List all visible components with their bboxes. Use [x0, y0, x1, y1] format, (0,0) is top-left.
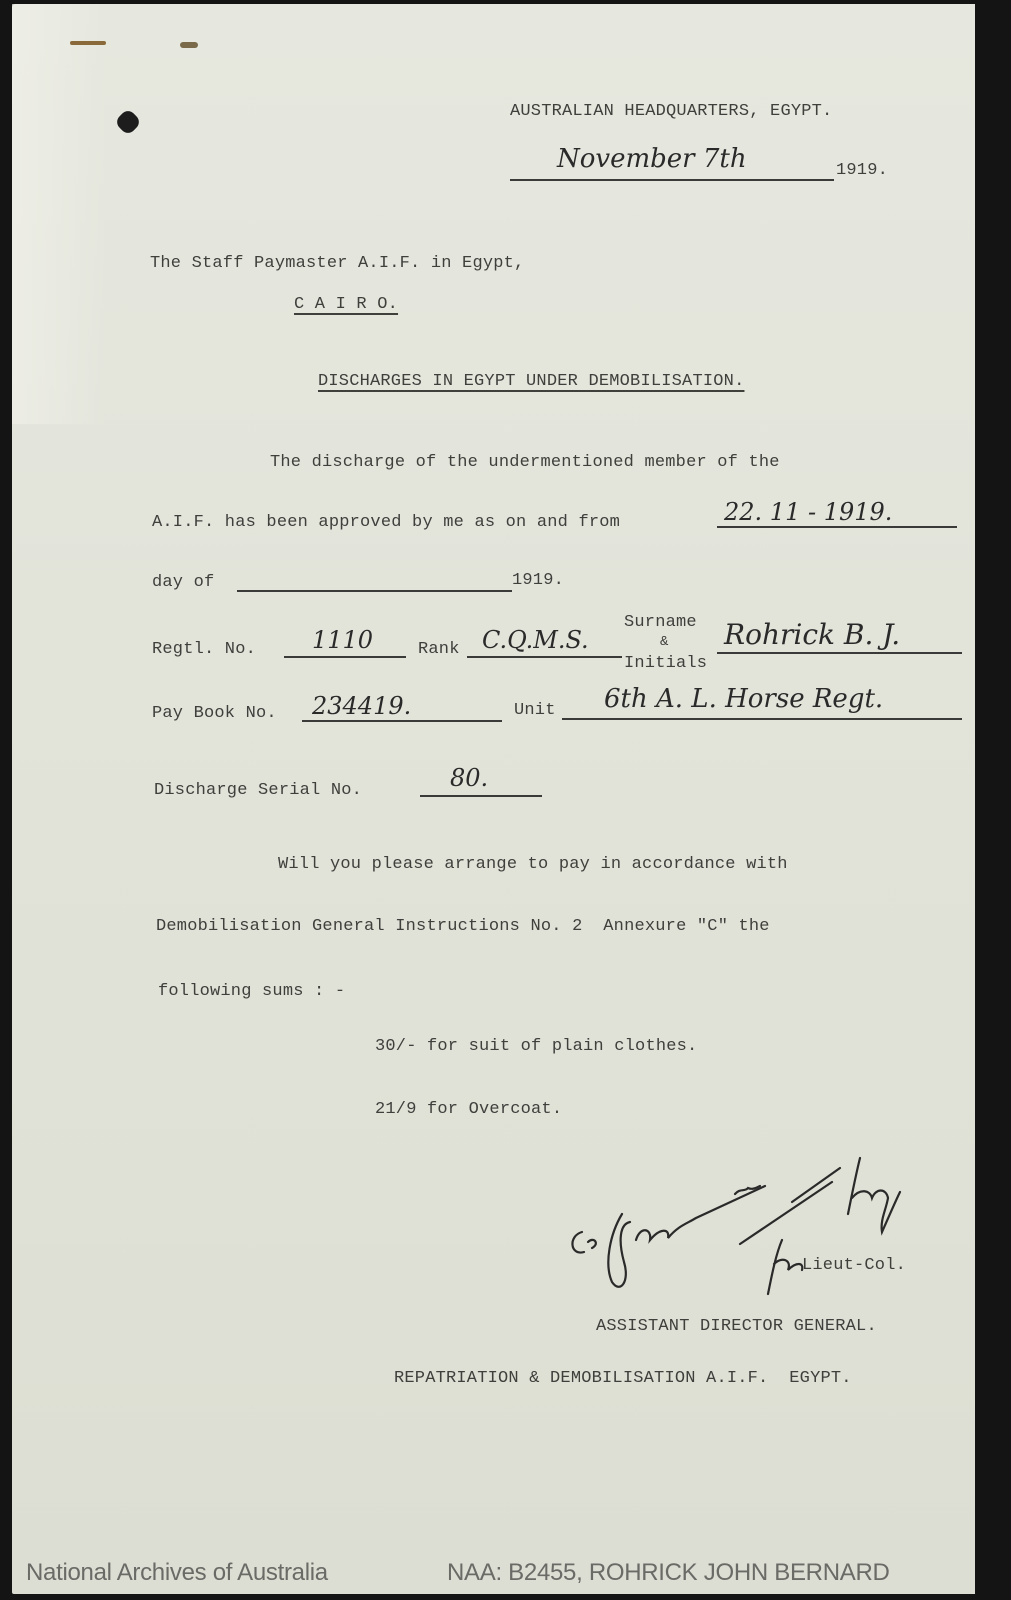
signature-scribble	[560, 1144, 920, 1314]
day-of-year: 1919.	[512, 571, 564, 590]
handwritten-date: November 7th	[557, 144, 747, 174]
payment-line-2: Demobilisation General Instructions No. …	[156, 917, 770, 936]
body-line-2: A.I.F. has been approved by me as on and…	[152, 513, 620, 532]
addressee-city: C A I R O.	[294, 295, 398, 314]
surname-label-line-3: Initials	[624, 654, 707, 673]
payment-item-clothes: 30/- for suit of plain clothes.	[375, 1037, 697, 1056]
regtl-no-value: 1110	[312, 626, 373, 654]
rank-underline	[467, 656, 622, 658]
date-underline	[510, 179, 834, 181]
unit-value: 6th A. L. Horse Regt.	[604, 684, 883, 714]
pay-book-label: Pay Book No.	[152, 704, 277, 723]
signatory-title: ASSISTANT DIRECTOR GENERAL.	[596, 1317, 877, 1336]
subject-heading: DISCHARGES IN EGYPT UNDER DEMOBILISATION…	[318, 372, 744, 391]
pay-book-value: 234419.	[312, 692, 411, 720]
serial-label: Discharge Serial No.	[154, 781, 362, 800]
signatory-department: REPATRIATION & DEMOBILISATION A.I.F. EGY…	[394, 1369, 852, 1388]
unit-label: Unit	[514, 701, 556, 720]
document-page: AUSTRALIAN HEADQUARTERS, EGYPT. November…	[12, 4, 975, 1594]
staple-mark	[180, 42, 198, 48]
payment-line-1: Will you please arrange to pay in accord…	[278, 855, 788, 874]
staple-mark	[70, 41, 106, 45]
day-of-label: day of	[152, 573, 214, 592]
organisation-heading: AUSTRALIAN HEADQUARTERS, EGYPT.	[510, 102, 832, 121]
day-of-underline	[237, 590, 512, 592]
serial-underline	[420, 795, 542, 797]
regtl-no-label: Regtl. No.	[152, 640, 256, 659]
surname-value: Rohrick B. J.	[724, 618, 900, 651]
archive-name: National Archives of Australia	[26, 1559, 328, 1587]
addressee-line-1: The Staff Paymaster A.I.F. in Egypt,	[150, 254, 524, 273]
rank-label: Rank	[418, 640, 460, 659]
payment-line-3: following sums : -	[158, 982, 345, 1001]
archive-reference: NAA: B2455, ROHRICK JOHN BERNARD	[447, 1559, 890, 1587]
date-year: 1919.	[836, 161, 888, 180]
approved-date-underline	[717, 526, 957, 528]
unit-underline	[562, 718, 962, 720]
payment-item-overcoat: 21/9 for Overcoat.	[375, 1100, 562, 1119]
serial-value: 80.	[450, 764, 488, 792]
approved-date-value: 22. 11 - 1919.	[724, 498, 892, 526]
regtl-no-underline	[284, 656, 406, 658]
surname-label-line-1: Surname	[624, 613, 697, 632]
surname-underline	[717, 652, 962, 654]
rank-value: C.Q.M.S.	[482, 626, 589, 654]
signatory-rank: Lieut-Col.	[802, 1256, 906, 1275]
punch-hole	[114, 108, 142, 136]
body-line-1: The discharge of the undermentioned memb…	[270, 453, 780, 472]
surname-label-line-2: &	[660, 634, 669, 650]
pay-book-underline	[302, 720, 502, 722]
